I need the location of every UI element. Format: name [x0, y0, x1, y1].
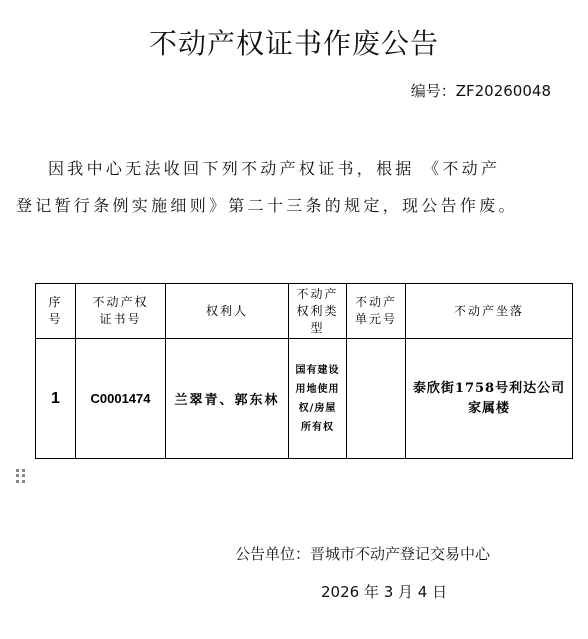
document-number: 编号：ZF20260048 — [411, 80, 551, 101]
cell-cert-no: C0001474 — [76, 339, 166, 459]
table-header-row: 序号 不动产权证书号 权利人 不动产权利类型 不动产单元号 不动产坐落 — [36, 284, 573, 339]
cell-location: 泰欣街1758号利达公司家属楼 — [406, 339, 573, 459]
cell-index: 1 — [36, 339, 76, 459]
header-unit-no: 不动产单元号 — [347, 284, 406, 339]
table-row: 1 C0001474 兰翠青、郭东林 国有建设 用地使用 权/房屋 所有权 泰欣… — [36, 339, 573, 459]
cell-owner: 兰翠青、郭东林 — [166, 339, 289, 459]
header-right-type: 不动产权利类型 — [289, 284, 347, 339]
cell-unit-no — [347, 339, 406, 459]
issuer: 公告单位：晋城市不动产登记交易中心 — [235, 543, 490, 564]
header-owner: 权利人 — [166, 284, 289, 339]
header-cert-no: 不动产权证书号 — [76, 284, 166, 339]
page-title: 不动产权证书作废公告 — [0, 22, 588, 62]
certificate-table: 序号 不动产权证书号 权利人 不动产权利类型 不动产单元号 不动产坐落 1 C0… — [35, 283, 573, 459]
notice-paragraph: 因我中心无法收回下列不动产权证书，根据 《不动产 登记暂行条例实施细则》第二十三… — [16, 150, 576, 224]
document-number-value: ZF20260048 — [456, 82, 551, 100]
drag-handle-icon[interactable] — [16, 469, 25, 483]
header-location: 不动产坐落 — [406, 284, 573, 339]
document-number-label: 编号： — [411, 82, 456, 100]
header-index: 序号 — [36, 284, 76, 339]
issuer-name: 晋城市不动产登记交易中心 — [310, 545, 490, 563]
cell-right-type: 国有建设 用地使用 权/房屋 所有权 — [289, 339, 347, 459]
issue-date: 2026 年 3 月 4 日 — [321, 581, 447, 602]
notice-line-2: 登记暂行条例实施细则》第二十三条的规定，现公告作废。 — [16, 196, 518, 215]
notice-line-1: 因我中心无法收回下列不动产权证书，根据 《不动产 — [48, 159, 500, 178]
